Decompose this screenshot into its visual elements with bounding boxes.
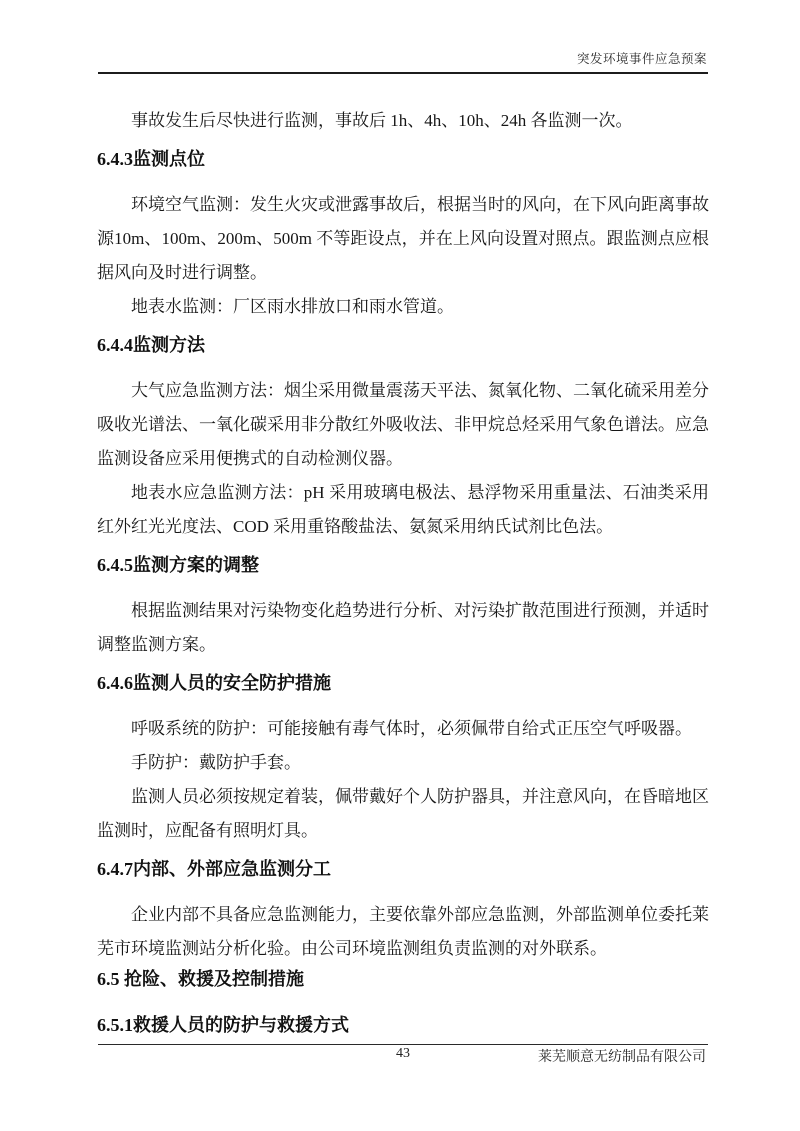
document-body: 事故发生后尽快进行监测，事故后 1h、4h、10h、24h 各监测一次。 6.4… [97,104,709,1054]
document-page: 突发环境事件应急预案 事故发生后尽快进行监测，事故后 1h、4h、10h、24h… [0,0,800,1131]
section-heading: 6.4.6监测人员的安全防护措施 [97,666,709,700]
body-paragraph: 事故发生后尽快进行监测，事故后 1h、4h、10h、24h 各监测一次。 [97,104,709,138]
body-paragraph: 环境空气监测：发生火灾或泄露事故后，根据当时的风向，在下风向距离事故源10m、1… [97,188,709,290]
page-header: 突发环境事件应急预案 [98,0,708,74]
footer-company-name: 莱芜顺意无纺制品有限公司 [538,1046,706,1066]
body-paragraph: 呼吸系统的防护：可能接触有毒气体时，必须佩带自给式正压空气呼吸器。 [97,712,709,746]
body-paragraph: 监测人员必须按规定着装，佩带戴好个人防护器具，并注意风向，在昏暗地区监测时，应配… [97,780,709,848]
header-title: 突发环境事件应急预案 [577,49,707,67]
page-footer: 43 莱芜顺意无纺制品有限公司 [98,1044,708,1069]
section-heading: 6.4.3监测点位 [97,142,709,176]
body-paragraph: 手防护：戴防护手套。 [97,746,709,780]
section-heading: 6.5.1救援人员的防护与救援方式 [97,1008,709,1042]
body-paragraph: 企业内部不具备应急监测能力，主要依靠外部应急监测，外部监测单位委托莱芜市环境监测… [97,898,709,966]
section-heading: 6.4.7内部、外部应急监测分工 [97,852,709,886]
body-paragraph: 地表水监测：厂区雨水排放口和雨水管道。 [97,290,709,324]
section-heading: 6.5 抢险、救援及控制措施 [97,962,709,996]
body-paragraph: 地表水应急监测方法：pH 采用玻璃电极法、悬浮物采用重量法、石油类采用红外红光光… [97,476,709,544]
body-paragraph: 根据监测结果对污染物变化趋势进行分析、对污染扩散范围进行预测，并适时调整监测方案… [97,594,709,662]
body-paragraph: 大气应急监测方法：烟尘采用微量震荡天平法、氮氧化物、二氧化硫采用差分吸收光谱法、… [97,374,709,476]
section-heading: 6.4.5监测方案的调整 [97,548,709,582]
footer-row: 43 莱芜顺意无纺制品有限公司 [98,1045,708,1069]
section-heading: 6.4.4监测方法 [97,328,709,362]
